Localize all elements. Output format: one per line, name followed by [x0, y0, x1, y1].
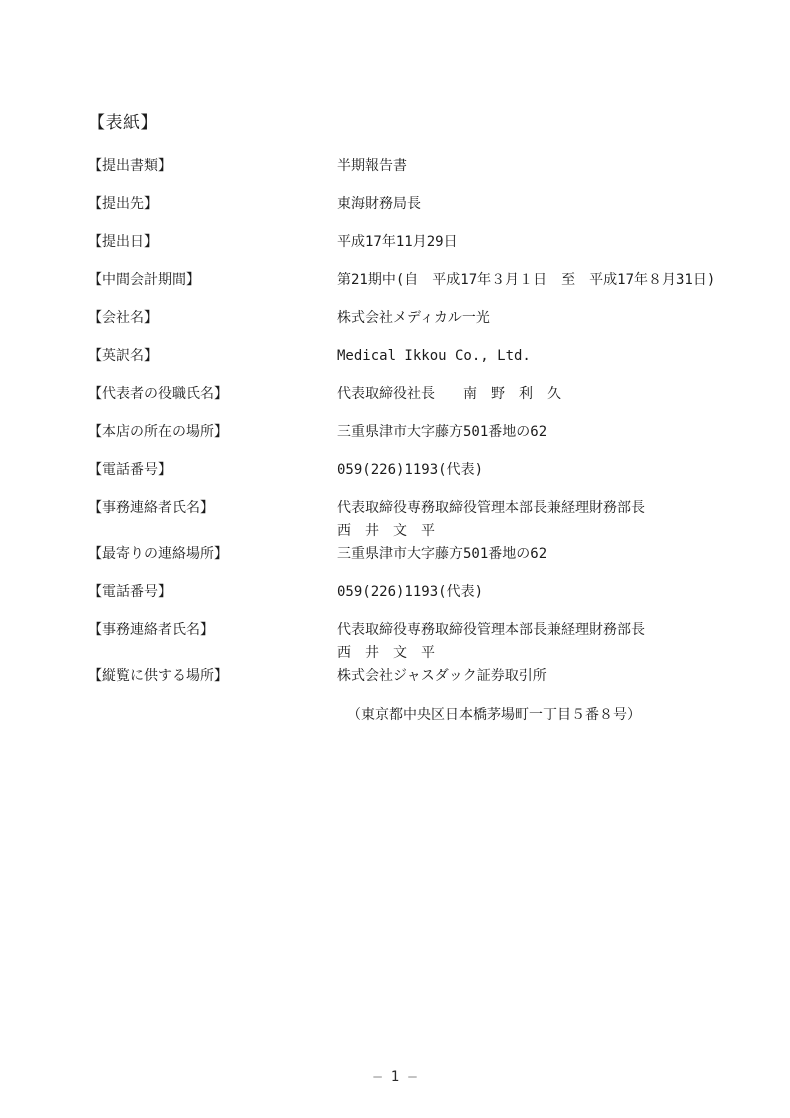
- field-value: 三重県津市大字藤方501番地の62: [337, 543, 547, 566]
- field-value: 東海財務局長: [337, 193, 421, 216]
- field-row: 【縦覧に供する場所】 株式会社ジャスダック証券取引所（東京都中央区日本橋茅場町一…: [88, 665, 748, 727]
- field-value: 半期報告書: [337, 155, 407, 178]
- field-value-line: 株式会社メディカル一光: [337, 307, 490, 330]
- field-value: 代表取締役社長 南 野 利 久: [337, 383, 561, 406]
- field-value-line: 第21期中(自 平成17年３月１日 至 平成17年８月31日): [337, 269, 715, 292]
- field-value-line: 059(226)1193(代表): [337, 581, 483, 604]
- field-row: 【提出日】 平成17年11月29日: [88, 231, 748, 254]
- field-row: 【提出書類】 半期報告書: [88, 155, 748, 178]
- field-label: 【電話番号】: [88, 459, 337, 482]
- field-label: 【提出書類】: [88, 155, 337, 178]
- field-value-line: 西 井 文 平: [337, 642, 645, 665]
- field-value: 株式会社メディカル一光: [337, 307, 490, 330]
- field-value-line: 平成17年11月29日: [337, 231, 458, 254]
- page-number-dash-right: ―: [408, 1069, 416, 1085]
- field-value: 代表取締役専務取締役管理本部長兼経理財務部長西 井 文 平: [337, 619, 645, 665]
- page-title: 【表紙】: [88, 112, 748, 135]
- field-label: 【縦覧に供する場所】: [88, 665, 337, 688]
- field-label: 【電話番号】: [88, 581, 337, 604]
- field-value: 059(226)1193(代表): [337, 581, 483, 604]
- page-number-dash-left: ―: [373, 1069, 381, 1085]
- field-row: 【電話番号】 059(226)1193(代表): [88, 459, 748, 482]
- field-value-line: 代表取締役社長 南 野 利 久: [337, 383, 561, 406]
- field-row: 【提出先】 東海財務局長: [88, 193, 748, 216]
- field-label: 【英訳名】: [88, 345, 337, 368]
- field-value-subline: （東京都中央区日本橋茅場町一丁目５番８号）: [337, 704, 641, 727]
- field-label: 【事務連絡者氏名】: [88, 497, 337, 520]
- field-label: 【代表者の役職氏名】: [88, 383, 337, 406]
- field-label: 【最寄りの連絡場所】: [88, 543, 337, 566]
- field-value-line: 代表取締役専務取締役管理本部長兼経理財務部長: [337, 497, 645, 520]
- field-label: 【提出日】: [88, 231, 337, 254]
- field-value: 第21期中(自 平成17年３月１日 至 平成17年８月31日): [337, 269, 715, 292]
- field-label: 【事務連絡者氏名】: [88, 619, 337, 642]
- cover-content: 【表紙】 【提出書類】 半期報告書 【提出先】 東海財務局長 【提出日】 平成1…: [88, 112, 748, 742]
- field-row: 【英訳名】 Medical Ikkou Co., Ltd.: [88, 345, 748, 368]
- field-value-line: 半期報告書: [337, 155, 407, 178]
- field-label: 【会社名】: [88, 307, 337, 330]
- field-row: 【事務連絡者氏名】 代表取締役専務取締役管理本部長兼経理財務部長西 井 文 平: [88, 497, 748, 543]
- field-value-line: 059(226)1193(代表): [337, 459, 483, 482]
- field-value: Medical Ikkou Co., Ltd.: [337, 345, 531, 368]
- field-label: 【提出先】: [88, 193, 337, 216]
- field-row: 【事務連絡者氏名】 代表取締役専務取締役管理本部長兼経理財務部長西 井 文 平: [88, 619, 748, 665]
- field-row: 【本店の所在の場所】 三重県津市大字藤方501番地の62: [88, 421, 748, 444]
- field-value: 三重県津市大字藤方501番地の62: [337, 421, 547, 444]
- field-label: 【中間会計期間】: [88, 269, 337, 292]
- field-row: 【最寄りの連絡場所】 三重県津市大字藤方501番地の62: [88, 543, 748, 566]
- field-value-line: 三重県津市大字藤方501番地の62: [337, 421, 547, 444]
- field-value-line: Medical Ikkou Co., Ltd.: [337, 345, 531, 368]
- field-value-line: 東海財務局長: [337, 193, 421, 216]
- field-value-line: 株式会社ジャスダック証券取引所: [337, 665, 641, 688]
- field-value: 059(226)1193(代表): [337, 459, 483, 482]
- field-value-line: 三重県津市大字藤方501番地の62: [337, 543, 547, 566]
- field-row: 【電話番号】 059(226)1193(代表): [88, 581, 748, 604]
- field-value: 代表取締役専務取締役管理本部長兼経理財務部長西 井 文 平: [337, 497, 645, 543]
- field-row: 【代表者の役職氏名】 代表取締役社長 南 野 利 久: [88, 383, 748, 406]
- field-value-line: 代表取締役専務取締役管理本部長兼経理財務部長: [337, 619, 645, 642]
- field-row: 【会社名】 株式会社メディカル一光: [88, 307, 748, 330]
- document-page: 【表紙】 【提出書類】 半期報告書 【提出先】 東海財務局長 【提出日】 平成1…: [0, 0, 790, 1118]
- page-number: ―1―: [0, 1066, 790, 1089]
- field-label: 【本店の所在の場所】: [88, 421, 337, 444]
- field-value: 株式会社ジャスダック証券取引所（東京都中央区日本橋茅場町一丁目５番８号）: [337, 665, 641, 727]
- field-row: 【中間会計期間】 第21期中(自 平成17年３月１日 至 平成17年８月31日): [88, 269, 748, 292]
- fields-list: 【提出書類】 半期報告書 【提出先】 東海財務局長 【提出日】 平成17年11月…: [88, 155, 748, 727]
- field-value-line: 西 井 文 平: [337, 520, 645, 543]
- page-number-value: 1: [382, 1069, 408, 1085]
- field-value: 平成17年11月29日: [337, 231, 458, 254]
